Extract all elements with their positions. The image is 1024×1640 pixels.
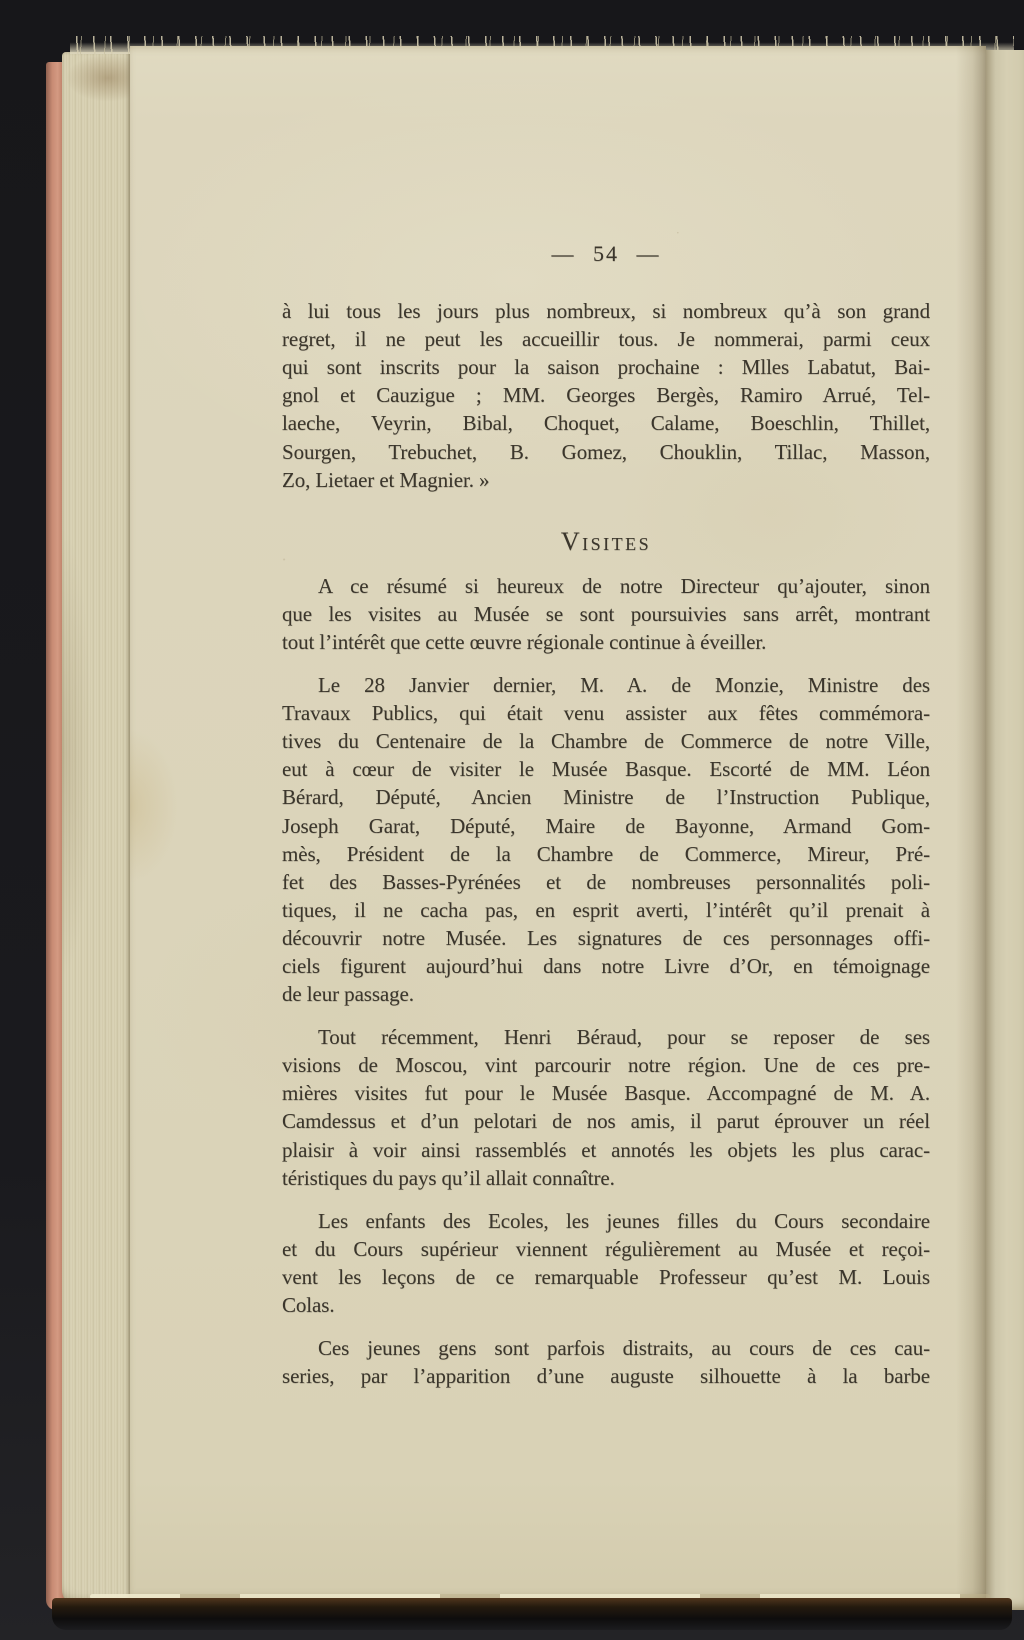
text-line: que les visites au Musée se sont poursui… — [282, 600, 930, 628]
paragraph: Tout récemment, Henri Béraud, pour se re… — [282, 1023, 930, 1192]
content-blocks: à lui tous les jours plus nombreux, si n… — [282, 297, 930, 1390]
text-line: Travaux Publics, qui était venu assister… — [282, 699, 930, 727]
text-line: mès, Président de la Chambre de Commerce… — [282, 840, 930, 868]
text-line: tiques, il ne cacha pas, en esprit avert… — [282, 896, 930, 924]
text-line: Camdessus et d’un pelotari de nos amis, … — [282, 1107, 930, 1135]
text-line: tives du Centenaire de la Chambre de Com… — [282, 727, 930, 755]
text-line: tout l’intérêt que cette œuvre régionale… — [282, 628, 930, 656]
photo-background: — 54 — à lui tous les jours plus nombreu… — [0, 0, 1024, 1640]
text-line: vent les leçons de ce remarquable Profes… — [282, 1263, 930, 1291]
book-shadow — [52, 1598, 1012, 1630]
text-line: mières visites fut pour le Musée Basque.… — [282, 1079, 930, 1107]
paragraph: Le 28 Janvier dernier, M. A. de Monzie, … — [282, 671, 930, 1008]
text-line: gnol et Cauzigue ; MM. Georges Bergès, R… — [282, 381, 930, 409]
text-line: visions de Moscou, vint parcourir notre … — [282, 1051, 930, 1079]
page-edge-stack — [62, 52, 130, 1606]
page-fold-shading — [956, 46, 986, 1602]
text-line: de leur passage. — [282, 980, 930, 1008]
adjacent-page-edge — [986, 50, 1024, 1610]
text-line: Ces jeunes gens sont parfois distraits, … — [282, 1334, 930, 1362]
text-line: ciels figurent aujourd’hui dans notre Li… — [282, 952, 930, 980]
text-line: Les enfants des Ecoles, les jeunes fille… — [282, 1207, 930, 1235]
text-line: téristiques du pays qu’il allait connaît… — [282, 1164, 930, 1192]
text-line: Le 28 Janvier dernier, M. A. de Monzie, … — [282, 671, 930, 699]
text-line: qui sont inscrits pour la saison prochai… — [282, 353, 930, 381]
paragraph: Ces jeunes gens sont parfois distraits, … — [282, 1334, 930, 1390]
text-line: laeche, Veyrin, Bibal, Choquet, Calame, … — [282, 409, 930, 437]
text-line: regret, il ne peut les accueillir tous. … — [282, 325, 930, 353]
text-line: et du Cours supérieur viennent régulière… — [282, 1235, 930, 1263]
text-line: Tout récemment, Henri Béraud, pour se re… — [282, 1023, 930, 1051]
paragraph: Les enfants des Ecoles, les jeunes fille… — [282, 1207, 930, 1319]
text-line: Bérard, Député, Ancien Ministre de l’Ins… — [282, 783, 930, 811]
text-line: fet des Basses-Pyrénées et de nombreuses… — [282, 868, 930, 896]
section-heading: Visites — [282, 527, 930, 557]
text-line: Sourgen, Trebuchet, B. Gomez, Chouklin, … — [282, 438, 930, 466]
text-line: à lui tous les jours plus nombreux, si n… — [282, 297, 930, 325]
text-line: eut à cœur de visiter le Musée Basque. E… — [282, 755, 930, 783]
paragraph: A ce résumé si heureux de notre Directeu… — [282, 572, 930, 656]
text-line: plaisir à voir ainsi rassemblés et annot… — [282, 1136, 930, 1164]
text-line: Colas. — [282, 1291, 930, 1319]
page-text: — 54 — à lui tous les jours plus nombreu… — [282, 240, 930, 1390]
text-line: A ce résumé si heureux de notre Directeu… — [282, 572, 930, 600]
page-number: — 54 — — [282, 240, 930, 268]
text-line: Joseph Garat, Député, Maire de Bayonne, … — [282, 812, 930, 840]
text-line: series, par l’apparition d’une auguste s… — [282, 1362, 930, 1390]
paragraph: à lui tous les jours plus nombreux, si n… — [282, 297, 930, 494]
text-line: découvrir notre Musée. Les signatures de… — [282, 924, 930, 952]
text-line: Zo, Lietaer et Magnier. » — [282, 466, 930, 494]
